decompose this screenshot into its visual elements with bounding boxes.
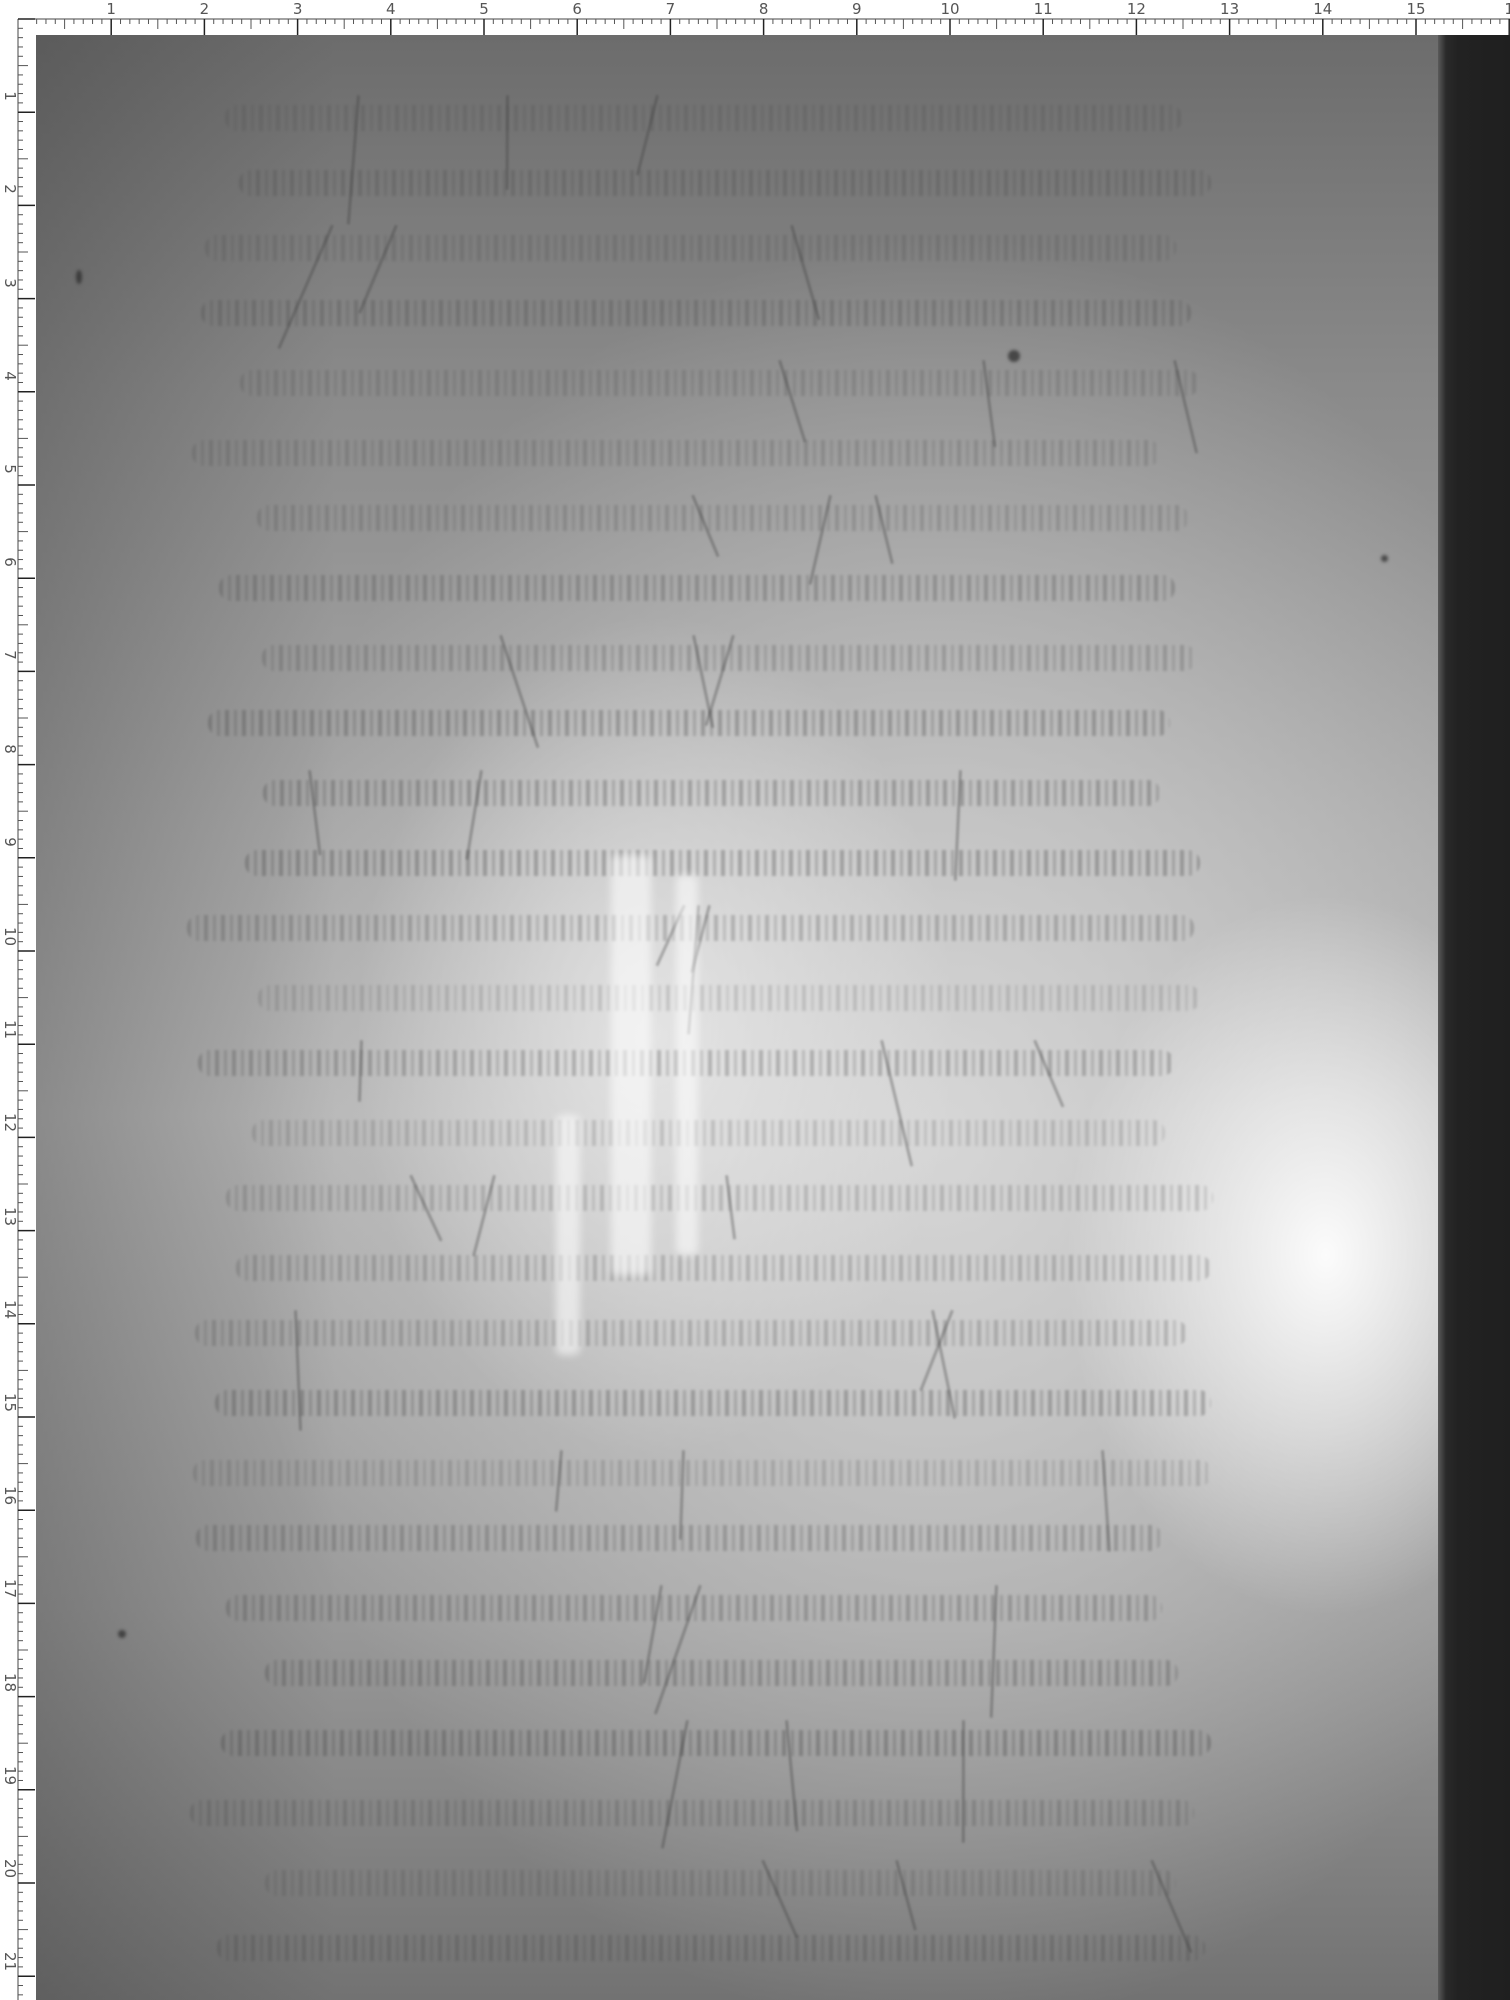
- ruler-top-label: 8: [759, 1, 769, 17]
- ruler-left-label: 7: [0, 647, 18, 663]
- handwriting-line: [239, 170, 1212, 196]
- ruler-left-label: 15: [0, 1393, 18, 1409]
- ruler-top-label: 6: [572, 1, 582, 17]
- ruler-left-label: 13: [0, 1207, 18, 1223]
- scanner-edge-band: [1438, 35, 1510, 2000]
- handwriting-line: [257, 505, 1188, 531]
- ruler-top-label: 10: [940, 1, 959, 17]
- handwriting-line: [265, 1870, 1176, 1896]
- handwriting-line: [240, 370, 1199, 396]
- ruler-left-label: 17: [0, 1579, 18, 1595]
- handwriting-line: [215, 1390, 1212, 1416]
- ink-speck: [1008, 350, 1020, 362]
- scan-shadow-left: [36, 35, 336, 2000]
- ruler-left-label: 16: [0, 1486, 18, 1502]
- ink-speck: [118, 1630, 126, 1638]
- manuscript-scan-image: [36, 35, 1510, 2000]
- handwriting-line: [236, 1255, 1211, 1281]
- handwriting-line: [192, 440, 1160, 466]
- ruler-top-label: 3: [293, 1, 303, 17]
- ruler-left-label: 4: [0, 368, 18, 384]
- ruler-left-label: 3: [0, 275, 18, 291]
- ruler-left-label: 14: [0, 1300, 18, 1316]
- ruler-left-label: 18: [0, 1673, 18, 1689]
- handwriting-line: [245, 850, 1200, 876]
- ruler-top-label: 1: [106, 1, 116, 17]
- ruler-top-label: 9: [852, 1, 862, 17]
- handwriting-line: [217, 1935, 1205, 1961]
- ruler-left-label: 21: [0, 1952, 18, 1968]
- handwriting-line: [252, 1120, 1165, 1146]
- ruler-left-label: 9: [0, 834, 18, 850]
- handwriting-line: [190, 1800, 1194, 1826]
- handwriting-line: [201, 300, 1191, 326]
- ruler-top-label: 12: [1127, 1, 1146, 17]
- ruler-top-label: 2: [200, 1, 210, 17]
- ruler-left-label: 19: [0, 1766, 18, 1782]
- ruler-left-label: 2: [0, 181, 18, 197]
- handwriting-line: [208, 710, 1170, 736]
- ruler-top-label: 7: [666, 1, 676, 17]
- ruler-top-label: 15: [1406, 1, 1425, 17]
- handwriting-line: [226, 1185, 1213, 1211]
- handwriting-line: [221, 1730, 1211, 1756]
- ruler-top-label: 1: [1504, 1, 1510, 17]
- ruler-top-label: 14: [1313, 1, 1332, 17]
- ruler-top-label: 11: [1034, 1, 1053, 17]
- glare-streak: [611, 855, 651, 1275]
- handwriting-line: [263, 780, 1160, 806]
- ruler-left-label: 8: [0, 741, 18, 757]
- handwriting-line: [193, 1460, 1212, 1486]
- ruler-left-ticks: [0, 0, 35, 2000]
- ruler-left-label: 6: [0, 554, 18, 570]
- ruler-left-label: 12: [0, 1113, 18, 1129]
- ruler-top: 01234567891011121314151: [0, 0, 1510, 35]
- handwriting-line: [205, 235, 1176, 261]
- ruler-left-label: 10: [0, 927, 18, 943]
- handwriting-line: [225, 105, 1182, 131]
- ruler-left-label: 5: [0, 461, 18, 477]
- ruler-top-label: 5: [479, 1, 489, 17]
- ruler-top-label: 4: [386, 1, 396, 17]
- handwriting-line: [196, 1525, 1162, 1551]
- handwriting-line: [195, 1320, 1188, 1346]
- ruler-left-label: 1: [0, 88, 18, 104]
- handwriting-line: [258, 985, 1200, 1011]
- ruler-left-label: 20: [0, 1859, 18, 1875]
- handwriting-line: [219, 575, 1175, 601]
- ruler-left: 123456789101112131415161718192021: [0, 0, 35, 2000]
- ruler-left-label: 11: [0, 1020, 18, 1036]
- ink-speck: [1381, 555, 1388, 562]
- glare-streak: [556, 1115, 580, 1355]
- handwriting-line: [265, 1660, 1178, 1686]
- ruler-top-label: 13: [1220, 1, 1239, 17]
- ink-speck: [76, 270, 82, 284]
- ruler-top-ticks: [0, 0, 1510, 35]
- glare-streak: [676, 875, 698, 1255]
